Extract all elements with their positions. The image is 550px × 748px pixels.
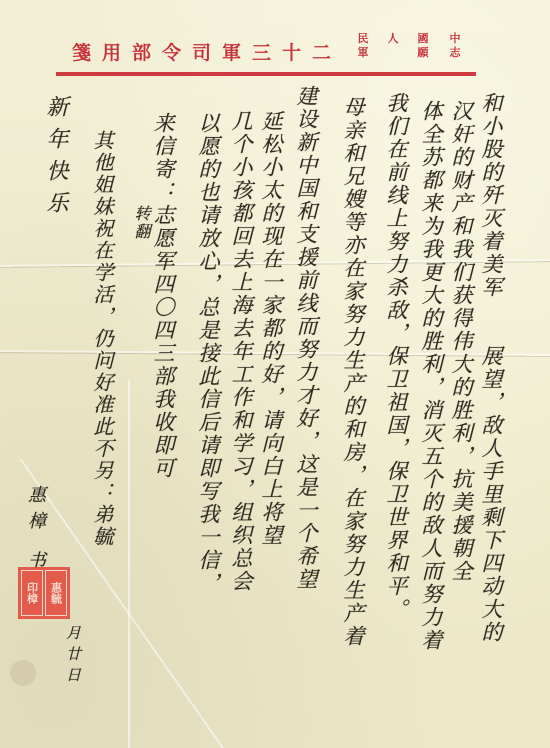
letterhead: 箋用部令司軍三十二 民軍 人 國願 中志 [56, 30, 476, 80]
letter-column: 汉奸的财产和我们获得伟大的胜利，抗美援朝全 [448, 100, 474, 583]
letter-column: 其他姐妹祝在学活，仍问好准此不另：弟毓 [90, 130, 114, 548]
letter-column: 我们在前线上努力杀敌，保卫祖国，保卫世界和平。 [383, 92, 409, 621]
closing-greeting: 新年快乐 [42, 95, 68, 223]
paper-stain [10, 660, 36, 686]
letter-date: 月廿日 [60, 625, 86, 688]
letter-column: 体全苏都来为我更大的胜利，消灭五个的敌人而努力着 [418, 100, 444, 652]
fold-crease [128, 380, 130, 748]
letter-column: 延松小太的现在一家都的好，请向白上将望 [258, 110, 284, 547]
letter-column: 来信寄：志愿军四〇四三部我收即可 [150, 112, 176, 480]
letter-column: 以愿的也请放心，总是接此信后请即写我一信， [195, 112, 221, 595]
letterhead-title: 箋用部令司軍三十二 [72, 38, 342, 65]
letterhead-prefix-char: 中志 [448, 32, 462, 60]
letterhead-prefix-char: 人 [386, 32, 400, 46]
side-note: 转翻 [128, 205, 154, 241]
letterhead-prefix-char: 民軍 [356, 32, 370, 60]
letter-page: 箋用部令司軍三十二 民軍 人 國願 中志 和小股的歼灭着美军 展望，敌人手里剩下… [0, 0, 550, 748]
letter-column: 几个小孩都回去上海去年工作和学习，组织总会 [228, 110, 254, 593]
letter-column: 和小股的歼灭着美军 展望，敌人手里剩下四动大的 [478, 92, 504, 644]
letterhead-prefix-char: 國願 [416, 32, 430, 60]
letterhead-rule [56, 72, 476, 76]
seal-right-chars: 惠毓 [45, 570, 67, 616]
seal-left-chars: 印樟 [21, 570, 43, 616]
red-seal-stamp: 印樟 惠毓 [18, 567, 70, 619]
letter-column: 母亲和兄嫂等亦在家努力生产的和房，在家努力生产着 [340, 96, 366, 648]
signature: 惠樟 书 [22, 485, 48, 577]
letter-column: 建设新中国和支援前线而努力才好，这是一个希望 [293, 85, 319, 591]
